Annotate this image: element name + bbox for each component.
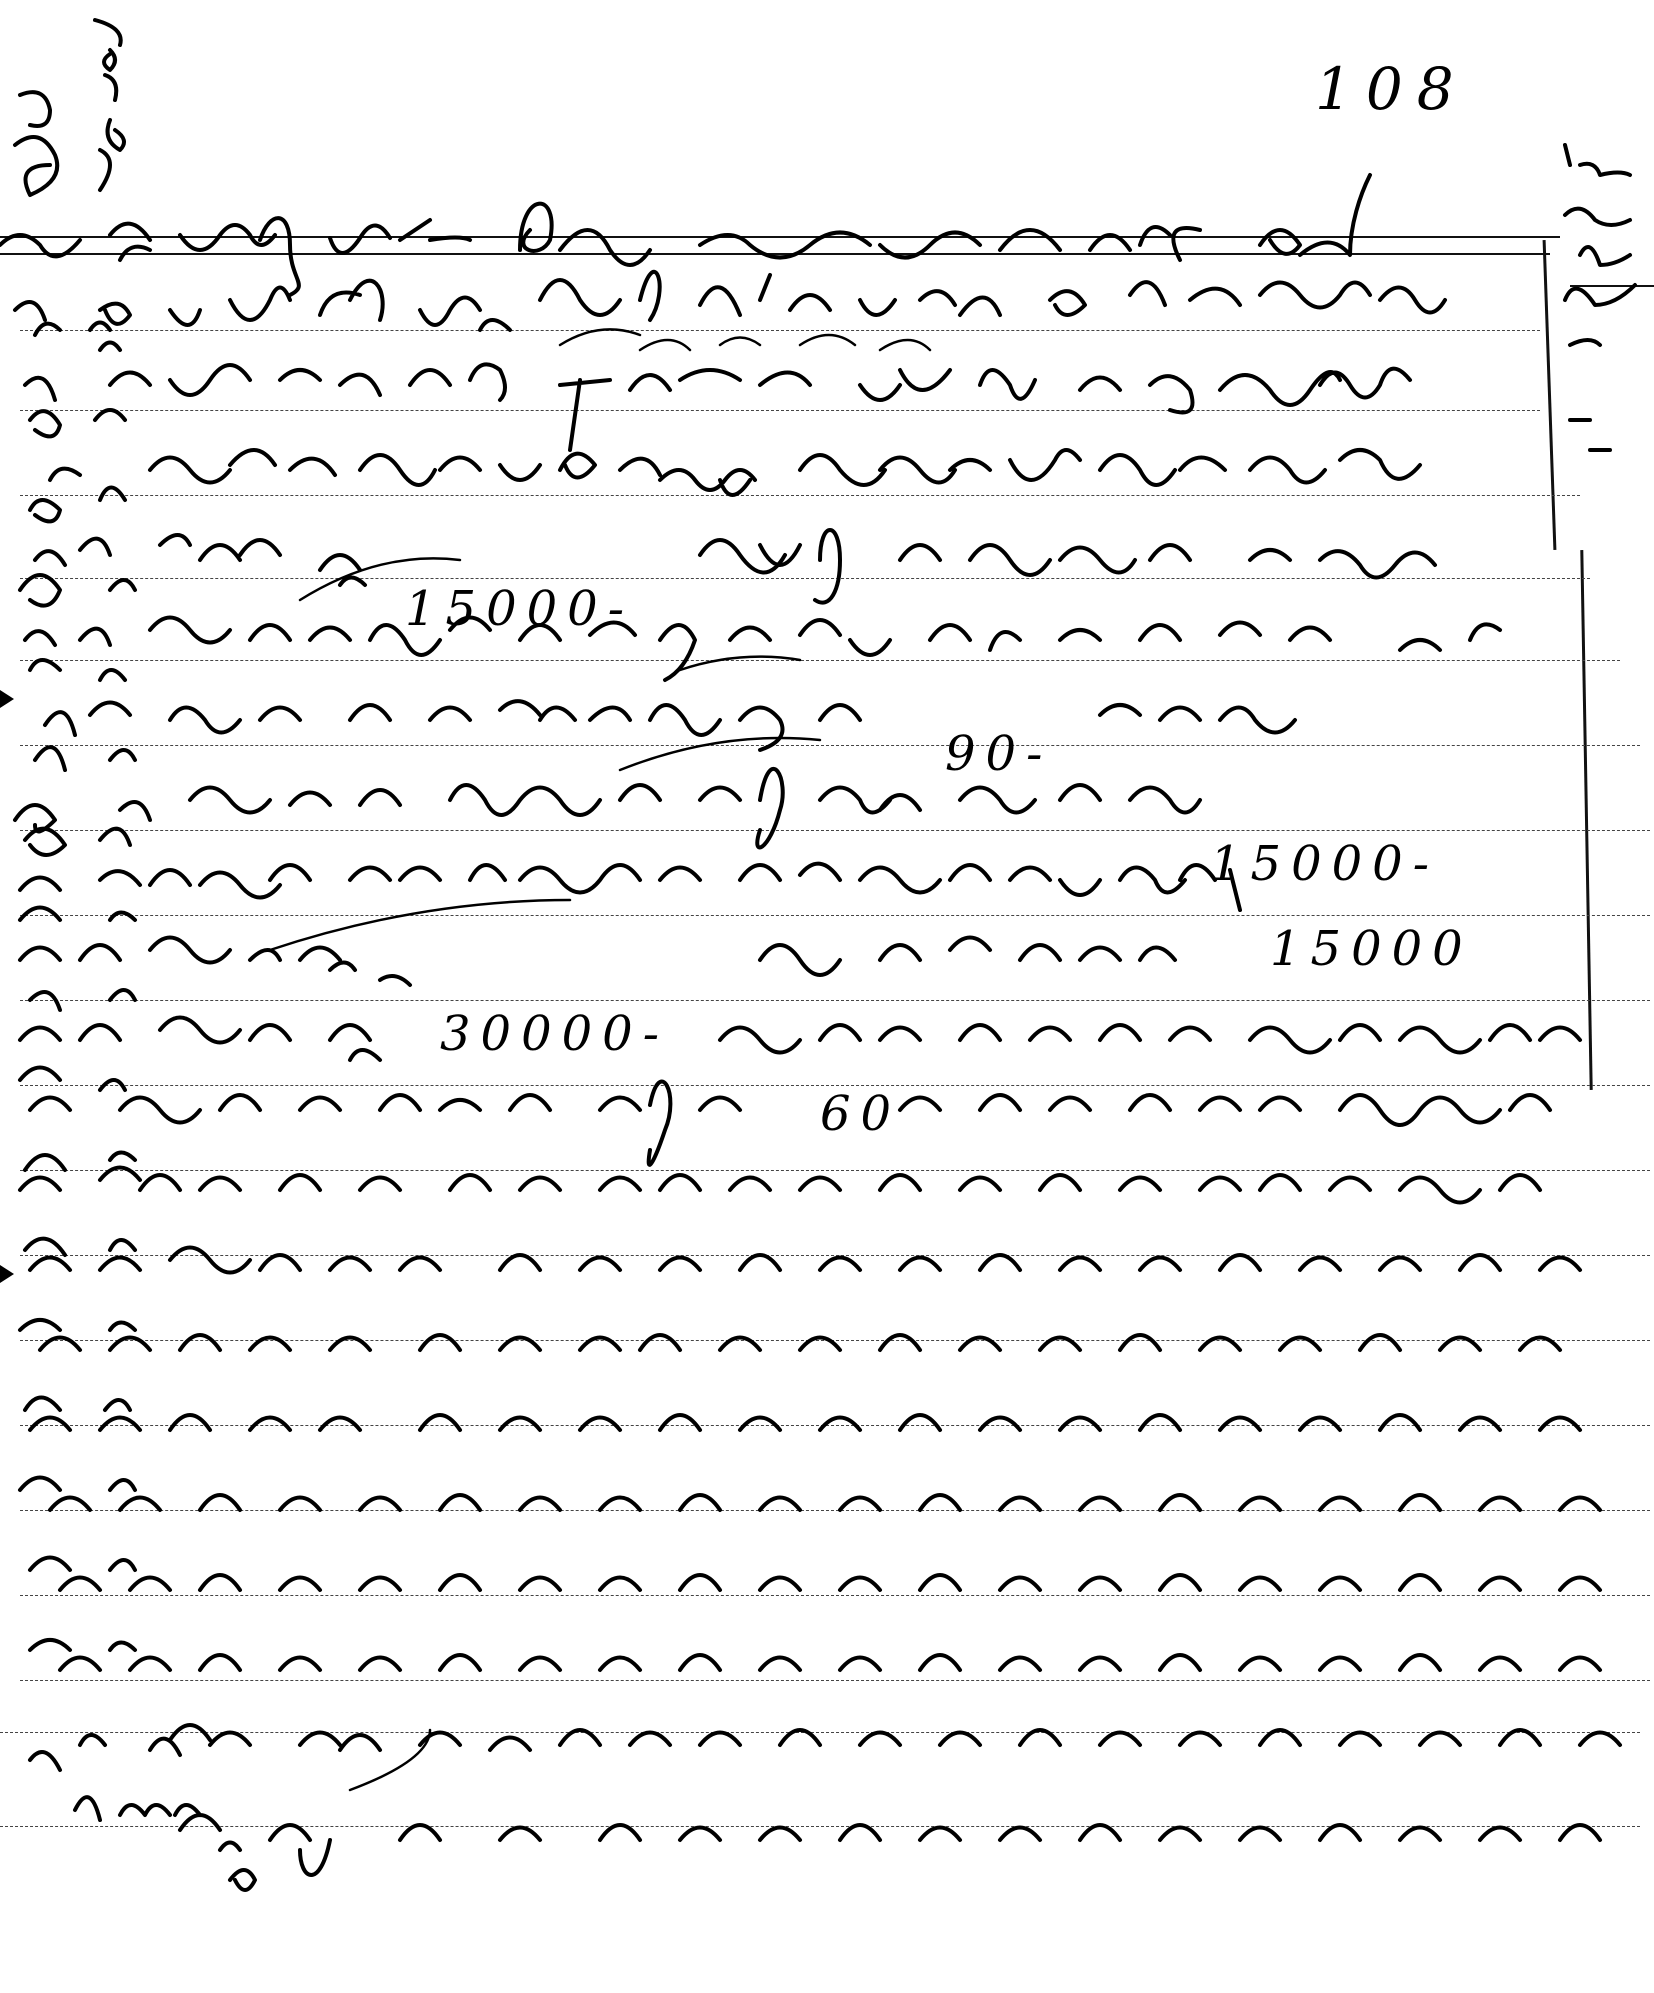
handwriting-ink	[0, 0, 1654, 1993]
manuscript-page: 108 15000- 90- 15000- 15000 30000- 60	[0, 0, 1654, 1993]
